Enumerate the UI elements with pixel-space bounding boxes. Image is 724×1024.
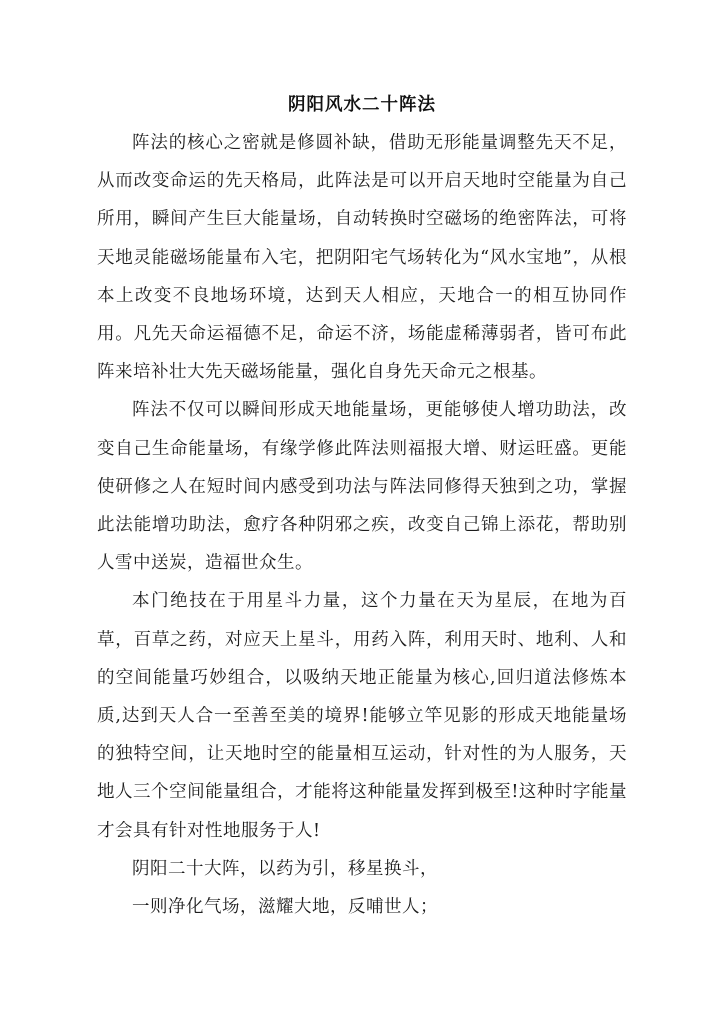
document-page: 阴阳风水二十阵法 阵法的核心之密就是修圆补缺，借助无形能量调整先天不足，从而改变… [0, 0, 724, 1024]
paragraph: 阵法的核心之密就是修圆补缺，借助无形能量调整先天不足，从而改变命运的先天格局，此… [97, 124, 627, 391]
page-title: 阴阳风水二十阵法 [97, 86, 627, 124]
paragraph: 一则净化气场，滋耀大地，反哺世人； [97, 888, 627, 926]
paragraph: 本门绝技在于用星斗力量，这个力量在天为星辰，在地为百草，百草之药，对应天上星斗，… [97, 582, 627, 849]
paragraph: 阵法不仅可以瞬间形成天地能量场，更能够使人增功助法，改变自己生命能量场，有缘学修… [97, 391, 627, 582]
paragraph: 阴阳二十大阵，以药为引，移星换斗， [97, 850, 627, 888]
